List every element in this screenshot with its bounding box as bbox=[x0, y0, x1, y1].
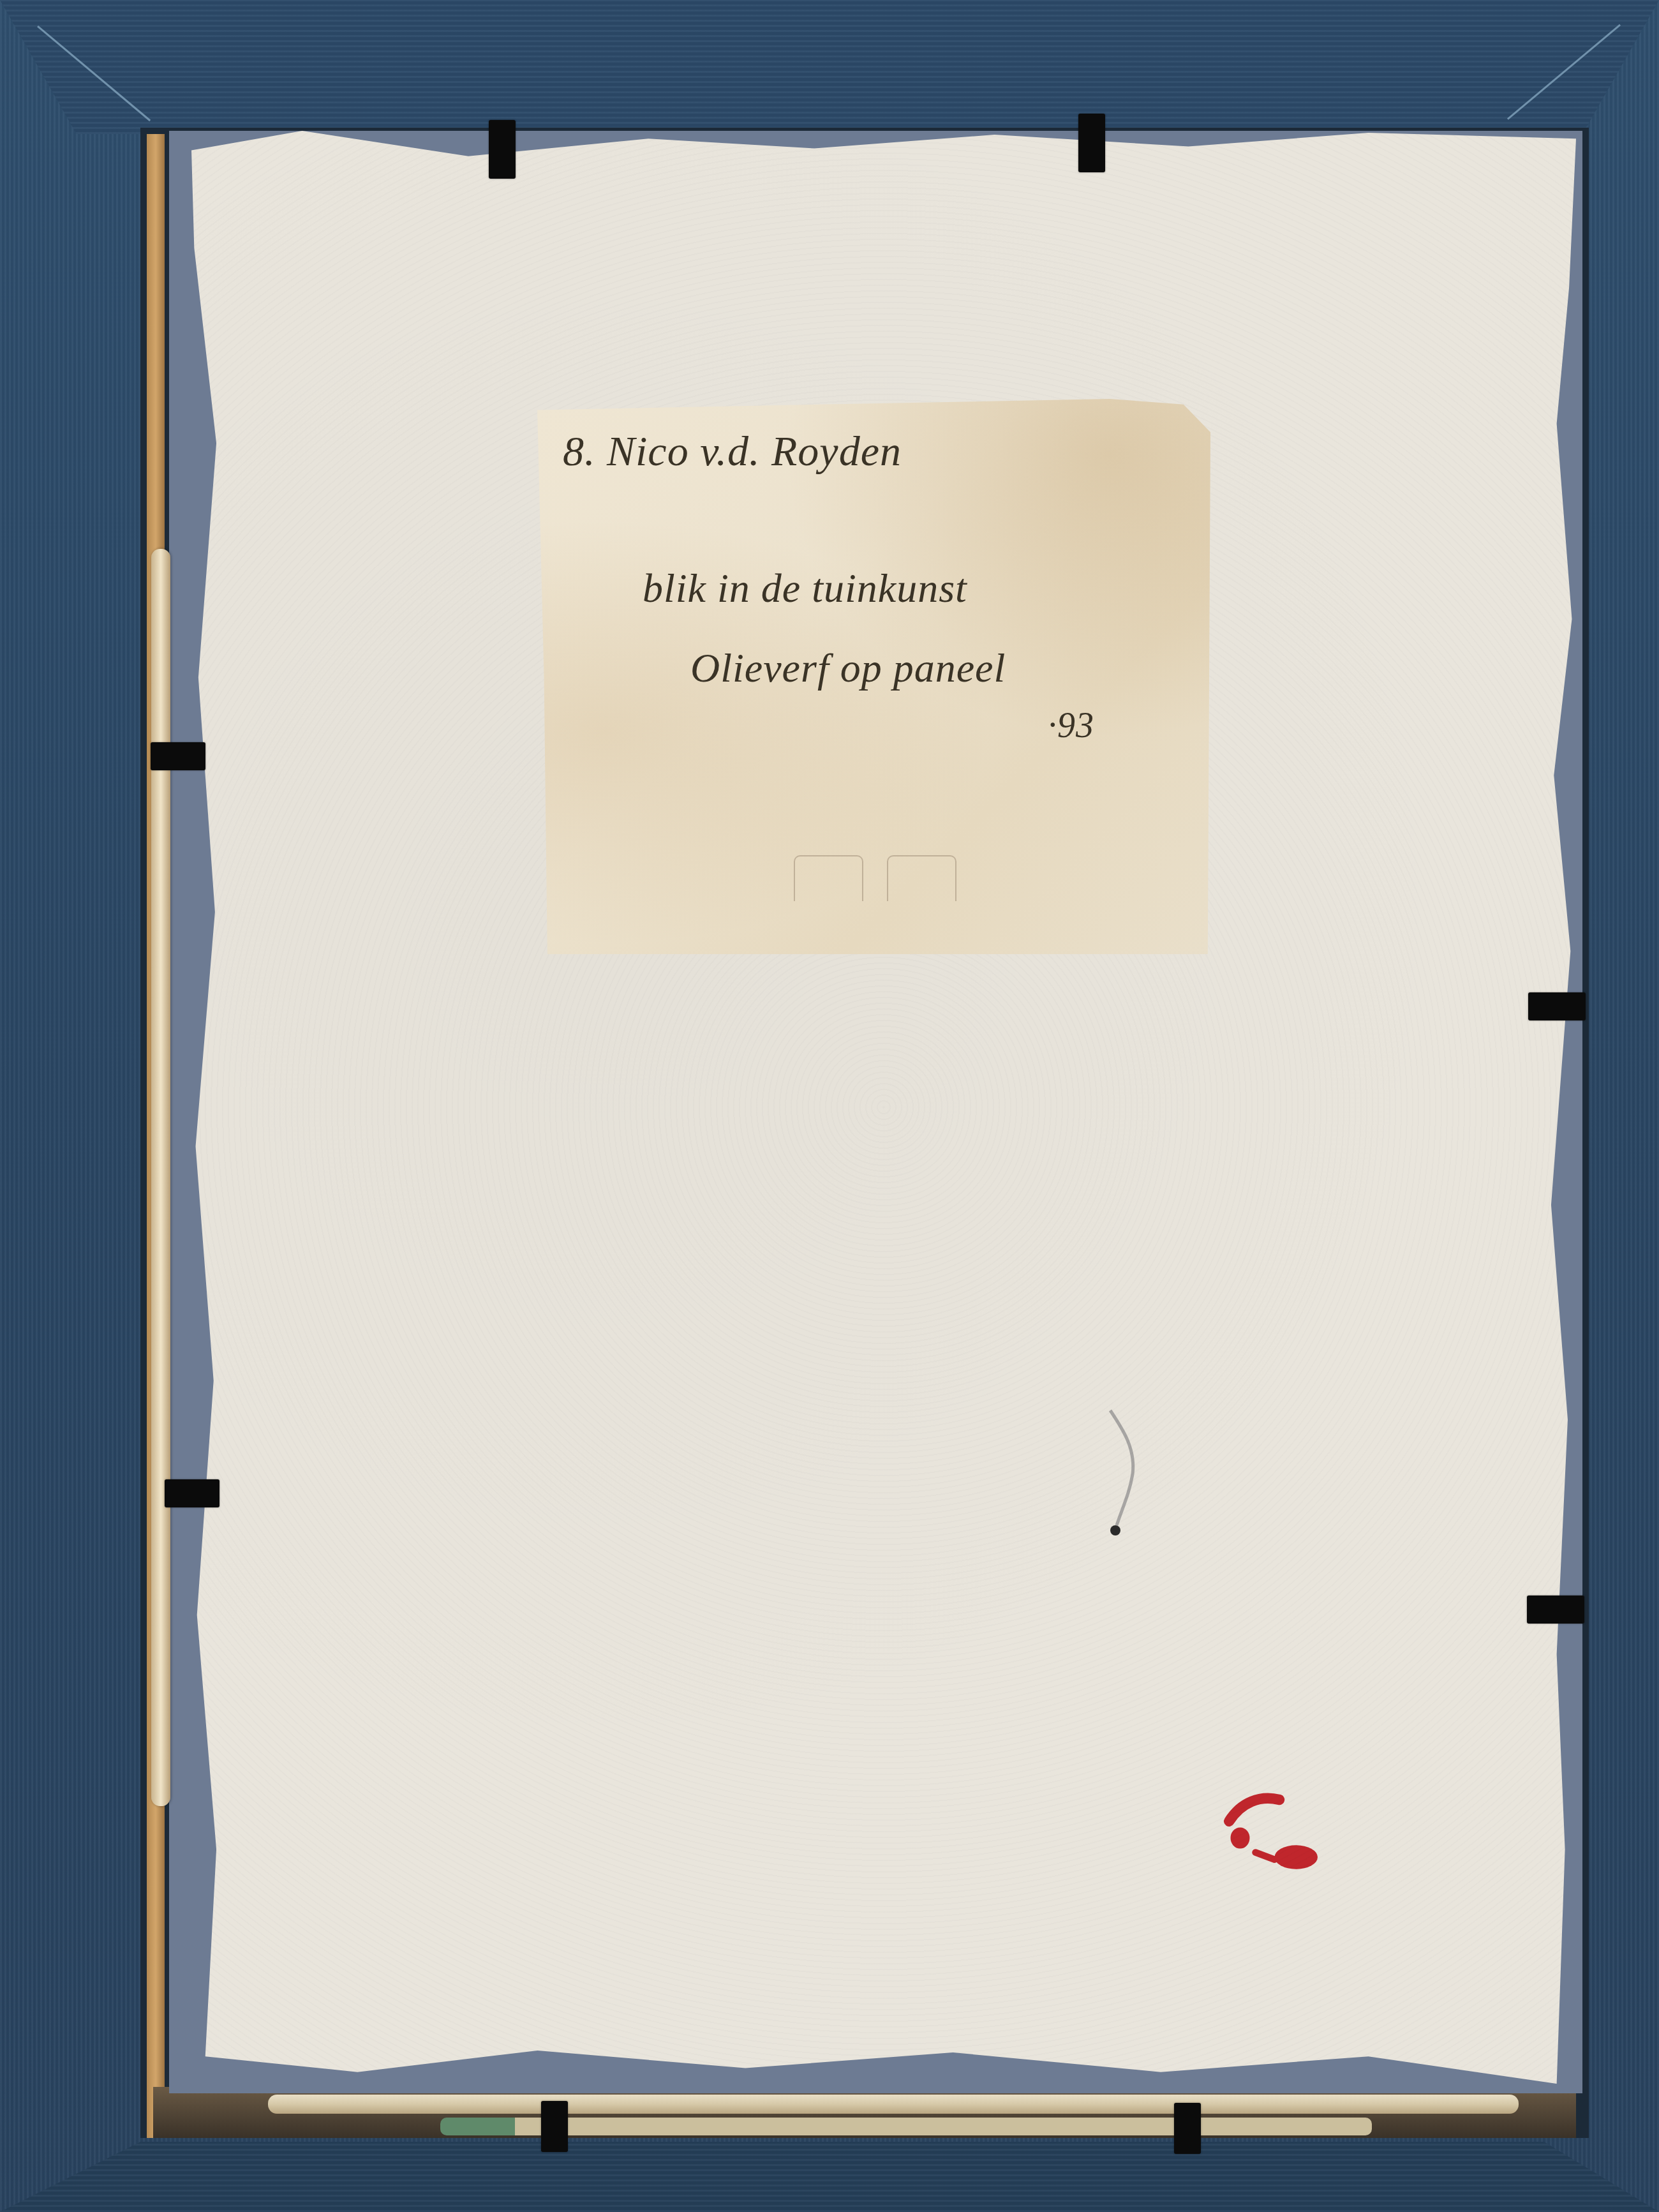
frame-clip-right-lower[interactable] bbox=[1527, 1595, 1584, 1624]
frame-clip-bottom-left[interactable] bbox=[541, 2101, 568, 2152]
red-wax-stamp-mark bbox=[1206, 1781, 1334, 1876]
wooden-rod-bottom-lower bbox=[440, 2118, 1372, 2135]
frame-clip-bottom-right[interactable] bbox=[1174, 2103, 1201, 2154]
label-artist-line: 8. Nico v.d. Royden bbox=[563, 428, 902, 476]
frame-clip-top-right[interactable] bbox=[1078, 114, 1105, 172]
frame-bottom-rail bbox=[0, 2142, 1659, 2212]
frame-clip-left-lower[interactable] bbox=[165, 1479, 219, 1507]
pencil-smudge bbox=[1097, 1404, 1155, 1544]
handwritten-label: 8. Nico v.d. Royden blik in de tuinkunst… bbox=[537, 399, 1210, 954]
frame-clip-left-upper[interactable] bbox=[151, 742, 205, 770]
label-perforation-right bbox=[887, 855, 956, 901]
wooden-rod-bottom bbox=[268, 2095, 1519, 2114]
wooden-rod-left bbox=[151, 549, 170, 1806]
label-year-line: ·93 bbox=[1048, 705, 1094, 746]
frame-clip-top-left[interactable] bbox=[489, 120, 516, 179]
frame-top-rail bbox=[0, 0, 1659, 134]
label-medium-line: Olieverf op paneel bbox=[690, 645, 1006, 692]
frame-clip-right-upper[interactable] bbox=[1528, 992, 1586, 1020]
label-title-line: blik in de tuinkunst bbox=[643, 565, 967, 612]
label-perforation-left bbox=[794, 855, 863, 901]
